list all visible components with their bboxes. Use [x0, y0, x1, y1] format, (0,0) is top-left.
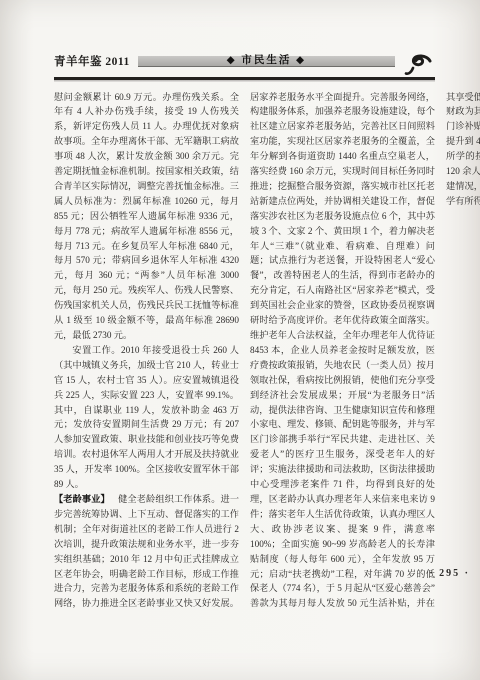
article-text: 慰问金额累计 60.9 万元。办理伤残关系。全年有 4 人补办伤残手续，接受 1… [54, 90, 435, 625]
page-number: · 295 · [429, 568, 470, 579]
yearbook-title: 青羊年鉴 2011 [54, 53, 130, 69]
section-banner-label: ◆ 市民生活 ◆ [138, 54, 395, 67]
section-heading-senior-affairs: 【老龄事业】 [54, 494, 110, 504]
page-header: 青羊年鉴 2011 ◆ 市民生活 ◆ [54, 52, 435, 70]
scanned-page: 青羊年鉴 2011 ◆ 市民生活 ◆ 慰问金额累计 60.9 万元。办理伤残关系… [0, 0, 480, 680]
header-rule [54, 77, 435, 80]
section-banner: ◆ 市民生活 ◆ [138, 56, 395, 67]
page-content: 青羊年鉴 2011 ◆ 市民生活 ◆ 慰问金额累计 60.9 万元。办理伤残关系… [54, 52, 435, 625]
yearbook-swirl-logo-icon [403, 53, 433, 78]
paragraph-pension-standards: 慰问金额累计 60.9 万元。办理伤残关系。全年有 4 人补办伤残手续，接受 1… [54, 90, 239, 343]
paragraph-resettlement-work: 安置工作。2010 年接受退役士兵 260 人（其中城镇义务兵，加级士官 210… [54, 343, 239, 492]
